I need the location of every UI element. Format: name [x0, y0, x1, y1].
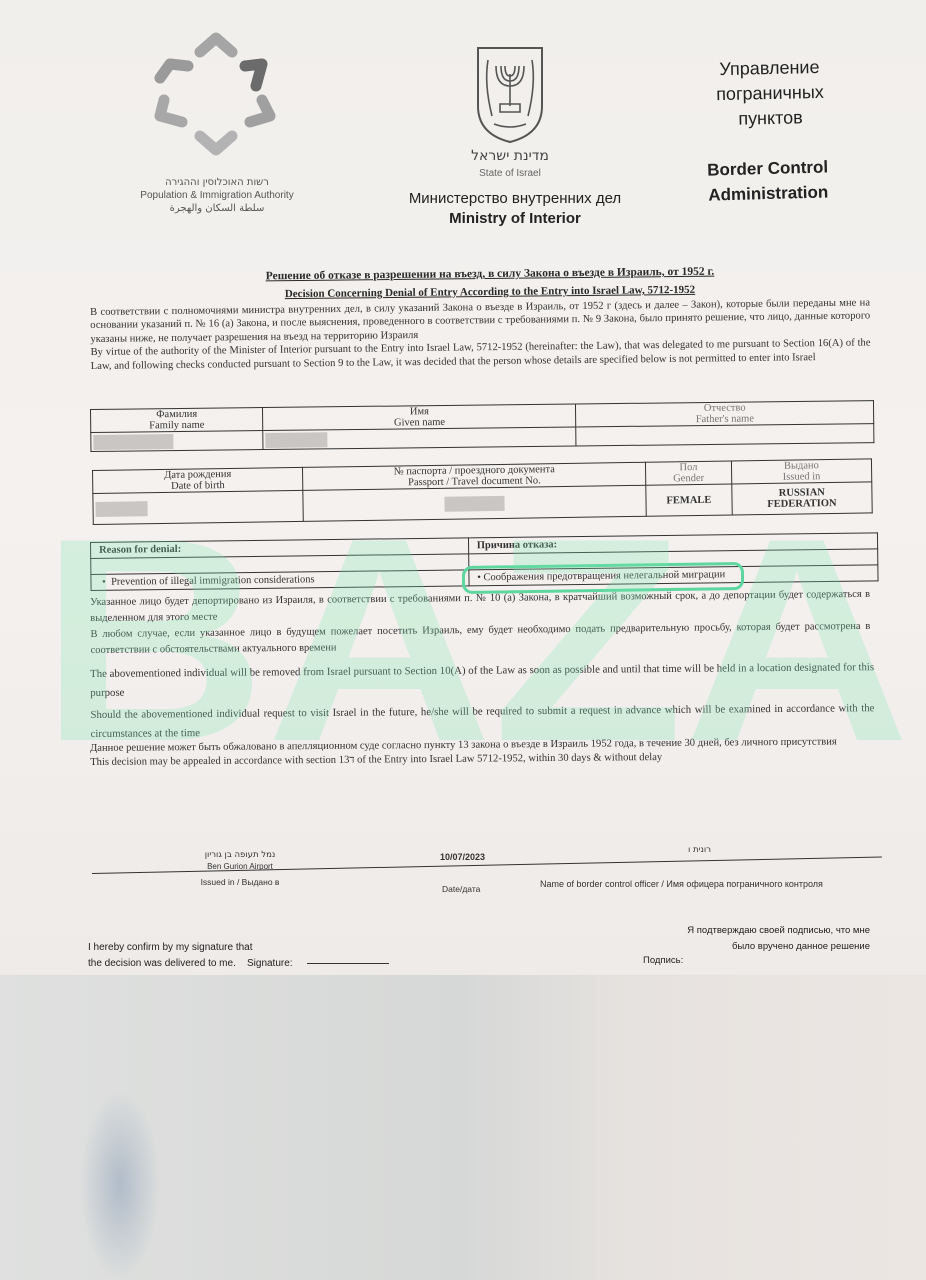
date-label: Date/дата	[442, 884, 480, 894]
officer-label: Name of border control officer / Имя офи…	[540, 879, 880, 889]
gender-label-en: Gender	[648, 473, 729, 485]
signature-label-en: Signature:	[247, 958, 293, 969]
finger-shadow	[80, 1090, 160, 1280]
officer-name: רונית ו	[688, 845, 711, 855]
department-ru-line: пунктов	[690, 104, 850, 132]
given-name-value	[263, 427, 576, 450]
gender-value: FEMALE	[646, 484, 732, 516]
redacted-block	[445, 495, 505, 511]
confirmation-ru-line1: Я подтверждаю своей подписью, что мне	[610, 923, 870, 939]
confirmation-en: I hereby confirm by my signature that th…	[88, 940, 418, 972]
removal-paragraph-en: The abovementioned individual will be re…	[90, 658, 875, 747]
family-name-header: Фамилия Family name	[91, 408, 263, 433]
state-emblem-menorah-icon	[474, 44, 546, 144]
future-visit-ru: В любом случае, если указанное лицо в бу…	[90, 619, 870, 659]
document-title-ru: Решение об отказе в разрешении на въезд,…	[210, 265, 770, 283]
department-ru-line: пограничных	[690, 79, 850, 107]
names-table: Фамилия Family name Имя Given name Отчес…	[90, 400, 874, 452]
redacted-block	[95, 501, 147, 517]
details-table: Дата рождения Date of birth № паспорта /…	[92, 458, 873, 525]
passport-value	[303, 485, 646, 521]
removal-paragraph-ru: Указанное лицо будет депортировано из Из…	[90, 587, 871, 659]
department-en-line: Administration	[688, 179, 849, 208]
issued-in-label: Issued in / Выдано в	[200, 877, 280, 887]
confirmation-en-line1: I hereby confirm by my signature that	[88, 940, 418, 956]
family-name-value	[91, 431, 263, 452]
reason-value-en-cell: • Prevention of illegal immigration cons…	[91, 570, 469, 591]
redacted-block	[266, 432, 328, 448]
denial-of-entry-document: רשות האוכלוסין וההגירה Population & Immi…	[0, 0, 926, 1280]
issued-in-header: Выдано Issued in	[731, 459, 872, 484]
ministry-name-en: Ministry of Interior	[380, 210, 650, 227]
confirmation-en-text: the decision was delivered to me.	[88, 958, 236, 969]
confirmation-ru-line2: было вручено данное решение	[610, 939, 870, 955]
redacted-block	[93, 434, 173, 450]
issued-in-value: RUSSIAN FEDERATION	[732, 482, 873, 515]
confirmation-en-line2: the decision was delivered to me. Signat…	[88, 956, 418, 972]
pia-name-he: רשות האוכלוסין וההגירה	[112, 176, 322, 189]
pia-name: רשות האוכלוסין וההגירה Population & Immi…	[112, 176, 322, 215]
appeal-paragraph: Данное решение может быть обжаловано в а…	[90, 735, 870, 770]
signature-field-en[interactable]	[307, 963, 389, 964]
department-ru-line: Управление	[689, 54, 849, 82]
pia-name-ar: سلطة السكان والهجرة	[112, 202, 322, 215]
ministry-name-ru: Министерство внутренних дел	[380, 190, 650, 207]
issued-in-value-he: נמל תעופה בן גוריון	[200, 850, 280, 860]
reason-value-en: Prevention of illegal immigration consid…	[111, 574, 315, 587]
pia-star-icon	[150, 30, 282, 160]
state-name-he: מדינת ישראל	[430, 148, 590, 164]
fathers-name-header: Отчество Father's name	[576, 401, 874, 427]
decision-date: 10/07/2023	[440, 852, 485, 862]
confirmation-ru: Я подтверждаю своей подписью, что мне бы…	[610, 923, 870, 955]
fathers-name-value	[576, 424, 874, 446]
dob-header: Дата рождения Date of birth	[93, 467, 304, 493]
pia-name-en: Population & Immigration Authority	[112, 189, 322, 202]
signature-label-ru[interactable]: Подпись:	[643, 955, 683, 966]
state-name-en: State of Israel	[430, 168, 590, 179]
gender-header: Пол Gender	[646, 461, 732, 485]
department-name-ru: Управление пограничных пунктов	[689, 54, 851, 132]
department-name-en: Border Control Administration	[687, 154, 848, 208]
issued-in-value-line: FEDERATION	[734, 497, 869, 510]
removal-en: The abovementioned individual will be re…	[90, 658, 874, 703]
dob-value	[93, 490, 304, 524]
intro-paragraph: В соответствии с полномочиями министра в…	[90, 296, 871, 373]
